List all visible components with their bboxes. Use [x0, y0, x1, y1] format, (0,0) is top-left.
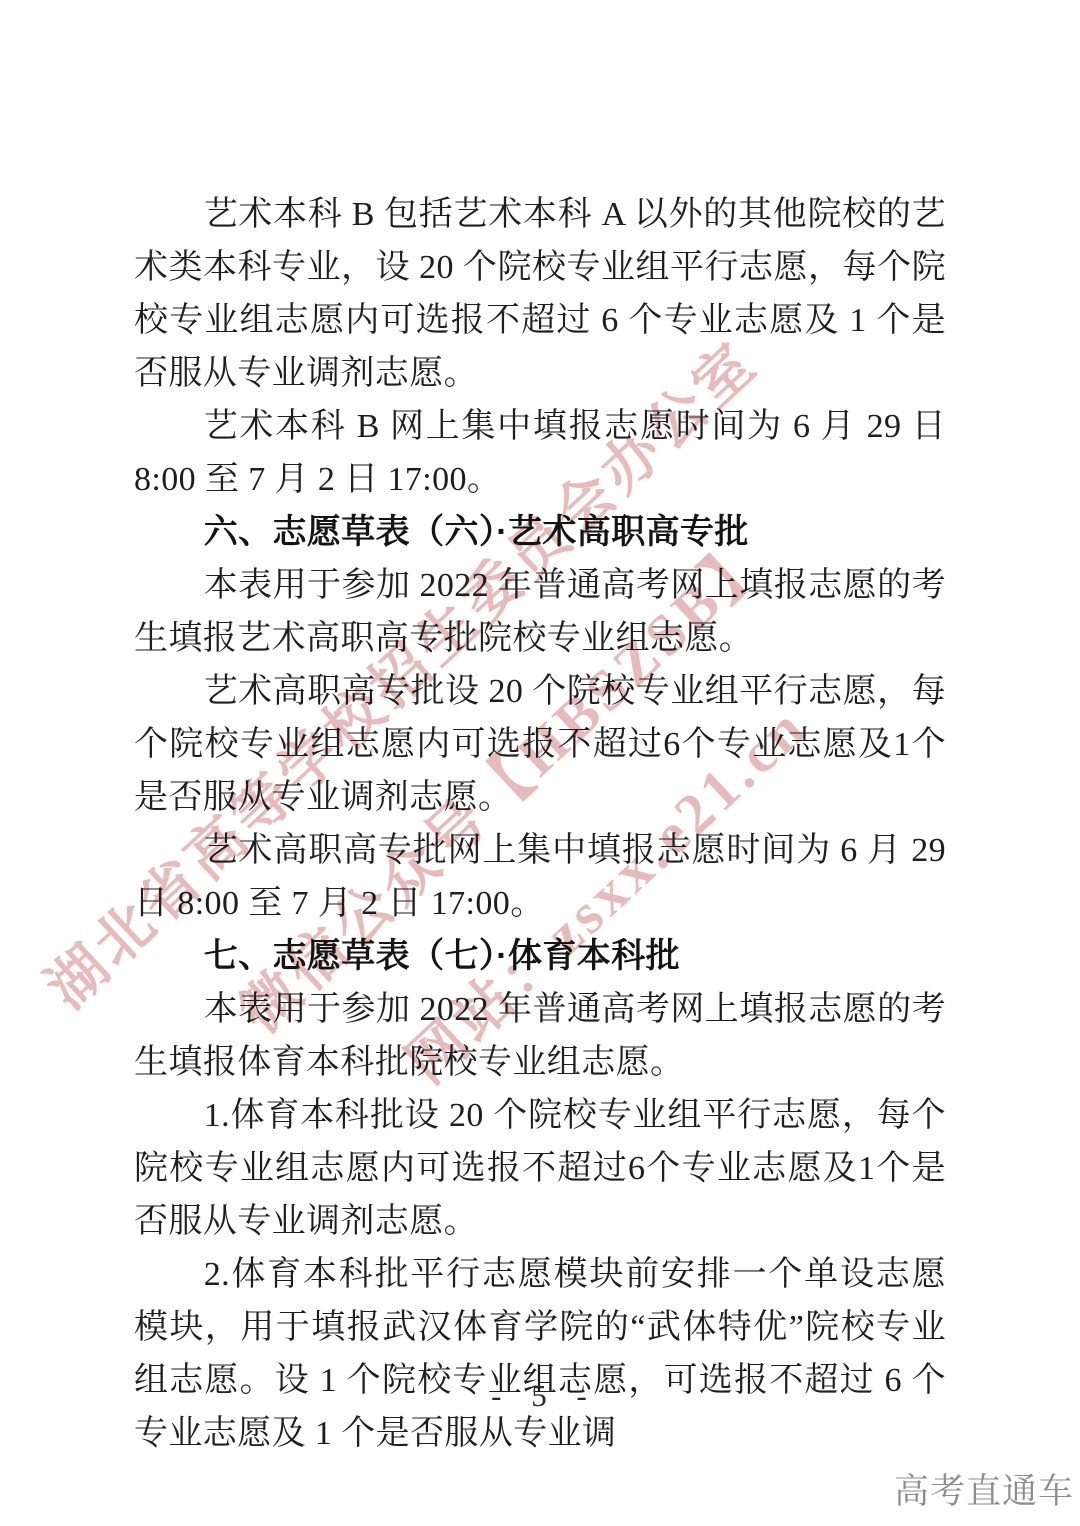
body-paragraph: 本表用于参加 2022 年普通高考网上填报志愿的考生填报艺术高职高专批院校专业组…: [134, 559, 946, 665]
body-paragraph: 2.体育本科批平行志愿模块前安排一个单设志愿模块，用于填报武汉体育学院的“武体特…: [134, 1248, 946, 1460]
document-page: 湖北省高等学校招生委员会办公室 微信公众号【HBSZSB】 网站：zsxx.e2…: [0, 0, 1080, 1526]
brand-watermark: 高考直通车: [894, 1464, 1074, 1514]
page-number: - 5 -: [0, 1378, 1080, 1414]
document-body: 艺术本科 B 包括艺术本科 A 以外的其他院校的艺术类本科专业，设 20 个院校…: [134, 188, 946, 1460]
body-paragraph: 艺术本科 B 网上集中填报志愿时间为 6 月 29 日 8:00 至 7 月 2…: [134, 400, 946, 506]
body-paragraph: 1.体育本科批设 20 个院校专业组平行志愿，每个院校专业组志愿内可选报不超过6…: [134, 1089, 946, 1248]
body-paragraph: 艺术高职高专批网上集中填报志愿时间为 6 月 29 日 8:00 至 7 月 2…: [134, 824, 946, 930]
body-paragraph: 艺术高职高专批设 20 个院校专业组平行志愿，每个院校专业组志愿内可选报不超过6…: [134, 665, 946, 824]
body-paragraph: 本表用于参加 2022 年普通高考网上填报志愿的考生填报体育本科批院校专业组志愿…: [134, 983, 946, 1089]
body-paragraph: 艺术本科 B 包括艺术本科 A 以外的其他院校的艺术类本科专业，设 20 个院校…: [134, 188, 946, 400]
section-heading: 七、志愿草表（七）·体育本科批: [134, 930, 946, 983]
section-heading: 六、志愿草表（六）·艺术高职高专批: [134, 506, 946, 559]
